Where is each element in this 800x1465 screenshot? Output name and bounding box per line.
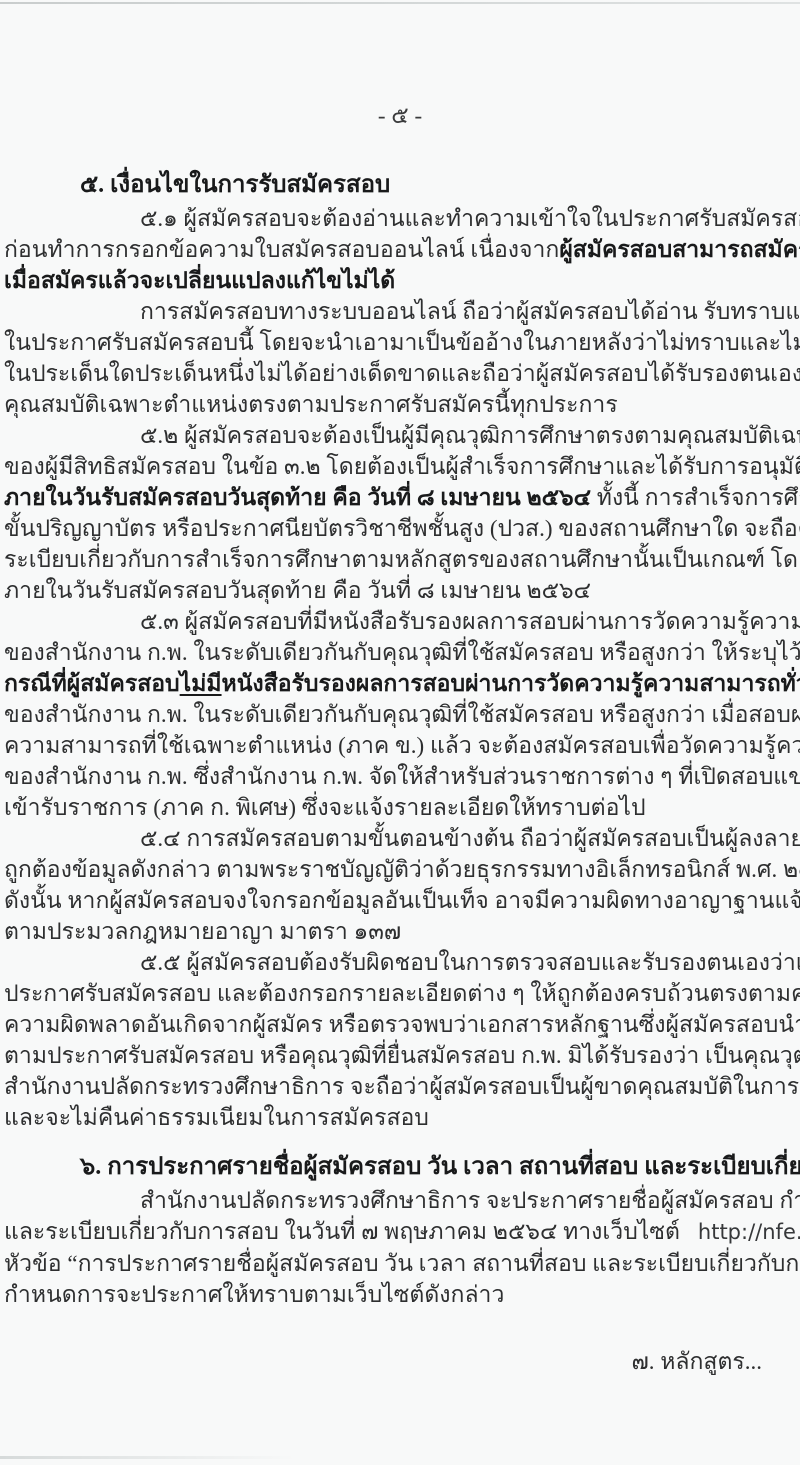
section-5-heading: ๕. เงื่อนไขในการรับสมัครสอบ — [4, 167, 796, 203]
scanned-document-page: - ๕ - ๕. เงื่อนไขในการรับสมัครสอบ๕.๑ ผู้… — [0, 0, 800, 1465]
text-run: ขั้นปริญญาบัตร หรือประกาศนียบัตรวิชาชีพช… — [4, 516, 800, 541]
clause-5-4-line-4: ตามประมวลกฎหมายอาญา มาตรา ๑๓๗ — [4, 916, 796, 947]
clause-6-body-line-1: สำนักงานปลัดกระทรวงศึกษาธิการ จะประกาศรา… — [4, 1185, 796, 1216]
text-run: และระเบียบเกี่ยวกับการสอบ ในวันที่ ๗ พฤษ… — [4, 1219, 680, 1244]
text-run: ของสำนักงาน ก.พ. ซึ่งสำนักงาน ก.พ. จัดให… — [4, 764, 800, 789]
text-run: ผู้สมัครสอบสามารถสมัครได้เพียง ๑ ตำแหน่ง — [559, 237, 800, 262]
text-run: ของสำนักงาน ก.พ. ในระดับเดียวกันกับคุณวุ… — [4, 640, 800, 665]
section-6-heading: ๖. การประกาศรายชื่อผู้สมัครสอบ วัน เวลา … — [4, 1149, 796, 1185]
clause-5-2-line-4: ขั้นปริญญาบัตร หรือประกาศนียบัตรวิชาชีพช… — [4, 513, 796, 544]
text-run: ระเบียบเกี่ยวกับการสำเร็จการศึกษาตามหลัก… — [4, 547, 800, 572]
text-run: ก่อนทำการกรอกข้อความใบสมัครสอบออนไลน์ เน… — [4, 237, 559, 262]
clause-5-1-online-note-line-2: ในประกาศรับสมัครสอบนี้ โดยจะนำเอามาเป็นข… — [4, 327, 796, 358]
clause-5-2-line-3: ภายในวันรับสมัครสอบวันสุดท้าย คือ วันที่… — [4, 482, 796, 513]
text-run: หนังสือรับรองผลการสอบผ่านการวัดความรู้คว… — [222, 671, 800, 696]
clause-6-body: สำนักงานปลัดกระทรวงศึกษาธิการ จะประกาศรา… — [4, 1185, 796, 1310]
clause-5-1-online-note: การสมัครสอบทางระบบออนไลน์ ถือว่าผู้สมัคร… — [4, 296, 796, 420]
text-run: สำนักงานปลัดกระทรวงศึกษาธิการ จะถือว่าผู… — [4, 1074, 800, 1099]
clause-5-2-line-2: ของผู้มีสิทธิสมัครสอบ ในข้อ ๓.๒ โดยต้องเ… — [4, 451, 796, 482]
clause-5-3-line-6: ของสำนักงาน ก.พ. ซึ่งสำนักงาน ก.พ. จัดให… — [4, 761, 796, 792]
text-run: ไม่มี — [180, 671, 222, 696]
text-run: ๖. การประกาศรายชื่อผู้สมัครสอบ วัน เวลา … — [80, 1154, 800, 1180]
text-run: ของผู้มีสิทธิสมัครสอบ ในข้อ ๓.๒ โดยต้องเ… — [4, 454, 800, 479]
text-run: กำหนดการจะประกาศให้ทราบตามเว็บไซต์ดังกล่… — [4, 1282, 504, 1307]
page-number: - ๕ - — [0, 101, 800, 131]
clause-5-1-line-2: ก่อนทำการกรอกข้อความใบสมัครสอบออนไลน์ เน… — [4, 234, 796, 265]
clause-5-2-line-5: ระเบียบเกี่ยวกับการสำเร็จการศึกษาตามหลัก… — [4, 544, 796, 575]
text-run: เมื่อสมัครแล้วจะเปลี่ยนแปลงแก้ไขไม่ได้ — [4, 268, 395, 293]
clause-5-5-line-2: ประกาศรับสมัครสอบ และต้องกรอกรายละเอียดต… — [4, 978, 796, 1009]
clause-5-3-line-3: กรณีที่ผู้สมัครสอบไม่มีหนังสือรับรองผลกา… — [4, 668, 796, 699]
clause-5-1-online-note-line-4: คุณสมบัติเฉพาะตำแหน่งตรงตามประกาศรับสมัค… — [4, 389, 796, 420]
text-run: ความผิดพลาดอันเกิดจากผู้สมัคร หรือตรวจพบ… — [4, 1012, 800, 1037]
clause-5-2-line-6: ภายในวันรับสมัครสอบวันสุดท้าย คือ วันที่… — [4, 575, 796, 606]
text-run: ความสามารถที่ใช้เฉพาะตำแหน่ง (ภาค ข.) แล… — [4, 733, 800, 758]
clause-5-4-line-3: ดังนั้น หากผู้สมัครสอบจงใจกรอกข้อมูลอันเ… — [4, 885, 796, 916]
clause-6-body-line-3: หัวข้อ “การประกาศรายชื่อผู้สมัครสอบ วัน … — [4, 1248, 796, 1279]
text-run: ดังนั้น หากผู้สมัครสอบจงใจกรอกข้อมูลอันเ… — [4, 888, 800, 913]
clause-5-1-online-note-line-1: การสมัครสอบทางระบบออนไลน์ ถือว่าผู้สมัคร… — [4, 296, 796, 327]
clause-5-4-line-1: ๕.๔ การสมัครสอบตามขั้นตอนข้างต้น ถือว่าผ… — [4, 823, 796, 854]
clause-5-4-line-2: ถูกต้องข้อมูลดังกล่าว ตามพระราชบัญญัติว่… — [4, 854, 796, 885]
text-run: ภายในวันรับสมัครสอบวันสุดท้าย คือ วันที่… — [4, 485, 591, 510]
text-run: ถูกต้องข้อมูลดังกล่าว ตามพระราชบัญญัติว่… — [4, 857, 800, 882]
clause-5-5-line-4: ตามประกาศรับสมัครสอบ หรือคุณวุฒิที่ยื่นส… — [4, 1040, 796, 1071]
text-run: ๕.๓ ผู้สมัครสอบที่มีหนังสือรับรองผลการสอ… — [140, 609, 800, 634]
text-run: ๕.๒ ผู้สมัครสอบจะต้องเป็นผู้มีคุณวุฒิการ… — [140, 423, 800, 448]
clause-5-5-line-6: และจะไม่คืนค่าธรรมเนียมในการสมัครสอบ — [4, 1102, 796, 1133]
clause-5-1: ๕.๑ ผู้สมัครสอบจะต้องอ่านและทำความเข้าใจ… — [4, 203, 796, 296]
clause-5-4: ๕.๔ การสมัครสอบตามขั้นตอนข้างต้น ถือว่าผ… — [4, 823, 796, 947]
clause-5-3-line-2: ของสำนักงาน ก.พ. ในระดับเดียวกันกับคุณวุ… — [4, 637, 796, 668]
text-run: เข้ารับราชการ (ภาค ก. พิเศษ) ซึ่งจะแจ้งร… — [4, 795, 646, 820]
continuation-note: ๗. หลักสูตร... — [0, 1344, 800, 1380]
clause-5-3: ๕.๓ ผู้สมัครสอบที่มีหนังสือรับรองผลการสอ… — [4, 606, 796, 823]
scan-edge-artifact-top — [0, 2, 800, 4]
clause-5-1-online-note-line-3: ในประเด็นใดประเด็นหนึ่งไม่ได้อย่างเด็ดขา… — [4, 358, 796, 389]
text-run: ของสำนักงาน ก.พ. ในระดับเดียวกันกับคุณวุ… — [4, 702, 800, 727]
clause-5-5-line-5: สำนักงานปลัดกระทรวงศึกษาธิการ จะถือว่าผู… — [4, 1071, 796, 1102]
document-body: ๕. เงื่อนไขในการรับสมัครสอบ๕.๑ ผู้สมัครส… — [0, 167, 800, 1310]
clause-5-2-line-1: ๕.๒ ผู้สมัครสอบจะต้องเป็นผู้มีคุณวุฒิการ… — [4, 420, 796, 451]
text-run: ตามประมวลกฎหมายอาญา มาตรา ๑๓๗ — [4, 919, 401, 944]
clause-6-body-line-2: และระเบียบเกี่ยวกับการสอบ ในวันที่ ๗ พฤษ… — [4, 1216, 796, 1248]
clause-5-3-line-7: เข้ารับราชการ (ภาค ก. พิเศษ) ซึ่งจะแจ้งร… — [4, 792, 796, 823]
clause-5-3-line-5: ความสามารถที่ใช้เฉพาะตำแหน่ง (ภาค ข.) แล… — [4, 730, 796, 761]
clause-6-body-line-4: กำหนดการจะประกาศให้ทราบตามเว็บไซต์ดังกล่… — [4, 1279, 796, 1310]
text-run: กรณีที่ผู้สมัครสอบ — [4, 671, 180, 696]
text-run: ในประเด็นใดประเด็นหนึ่งไม่ได้อย่างเด็ดขา… — [4, 361, 800, 386]
text-run: ในประกาศรับสมัครสอบนี้ โดยจะนำเอามาเป็นข… — [4, 330, 800, 355]
clause-5-5: ๕.๕ ผู้สมัครสอบต้องรับผิดชอบในการตรวจสอบ… — [4, 947, 796, 1133]
clause-5-1-line-3: เมื่อสมัครแล้วจะเปลี่ยนแปลงแก้ไขไม่ได้ — [4, 265, 796, 296]
clause-5-5-line-1: ๕.๕ ผู้สมัครสอบต้องรับผิดชอบในการตรวจสอบ… — [4, 947, 796, 978]
text-run: ประกาศรับสมัครสอบ และต้องกรอกรายละเอียดต… — [4, 981, 800, 1006]
text-run: ทั้งนี้ การสำเร็จการศึกษาตามหลักสูตร — [591, 485, 800, 510]
scan-edge-artifact-bottom — [0, 1456, 295, 1459]
text-run: ภายในวันรับสมัครสอบวันสุดท้าย คือ วันที่… — [4, 578, 591, 603]
clause-5-3-line-4: ของสำนักงาน ก.พ. ในระดับเดียวกันกับคุณวุ… — [4, 699, 796, 730]
website-url-text: http://nfe.jobthaigov.com — [698, 1220, 800, 1244]
clause-5-1-line-1: ๕.๑ ผู้สมัครสอบจะต้องอ่านและทำความเข้าใจ… — [4, 203, 796, 234]
clause-5-2: ๕.๒ ผู้สมัครสอบจะต้องเป็นผู้มีคุณวุฒิการ… — [4, 420, 796, 606]
text-run: ตามประกาศรับสมัครสอบ หรือคุณวุฒิที่ยื่นส… — [4, 1043, 800, 1068]
section-5-heading-line-1: ๕. เงื่อนไขในการรับสมัครสอบ — [4, 167, 796, 203]
text-run: หัวข้อ “การประกาศรายชื่อผู้สมัครสอบ วัน … — [4, 1251, 800, 1276]
text-run: ๕.๑ ผู้สมัครสอบจะต้องอ่านและทำความเข้าใจ… — [140, 206, 800, 231]
text-run: สำนักงานปลัดกระทรวงศึกษาธิการ จะประกาศรา… — [140, 1188, 800, 1213]
text-run: ๕.๔ การสมัครสอบตามขั้นตอนข้างต้น ถือว่าผ… — [140, 826, 800, 851]
text-run: ๕.๕ ผู้สมัครสอบต้องรับผิดชอบในการตรวจสอบ… — [140, 950, 800, 975]
text-run: ๕. เงื่อนไขในการรับสมัครสอบ — [80, 172, 390, 198]
text-run: คุณสมบัติเฉพาะตำแหน่งตรงตามประกาศรับสมัค… — [4, 392, 618, 417]
text-run: การสมัครสอบทางระบบออนไลน์ ถือว่าผู้สมัคร… — [140, 299, 800, 324]
section-6-heading-line-1: ๖. การประกาศรายชื่อผู้สมัครสอบ วัน เวลา … — [4, 1149, 796, 1185]
clause-5-3-line-1: ๕.๓ ผู้สมัครสอบที่มีหนังสือรับรองผลการสอ… — [4, 606, 796, 637]
clause-5-5-line-3: ความผิดพลาดอันเกิดจากผู้สมัคร หรือตรวจพบ… — [4, 1009, 796, 1040]
text-run: และจะไม่คืนค่าธรรมเนียมในการสมัครสอบ — [4, 1105, 429, 1130]
